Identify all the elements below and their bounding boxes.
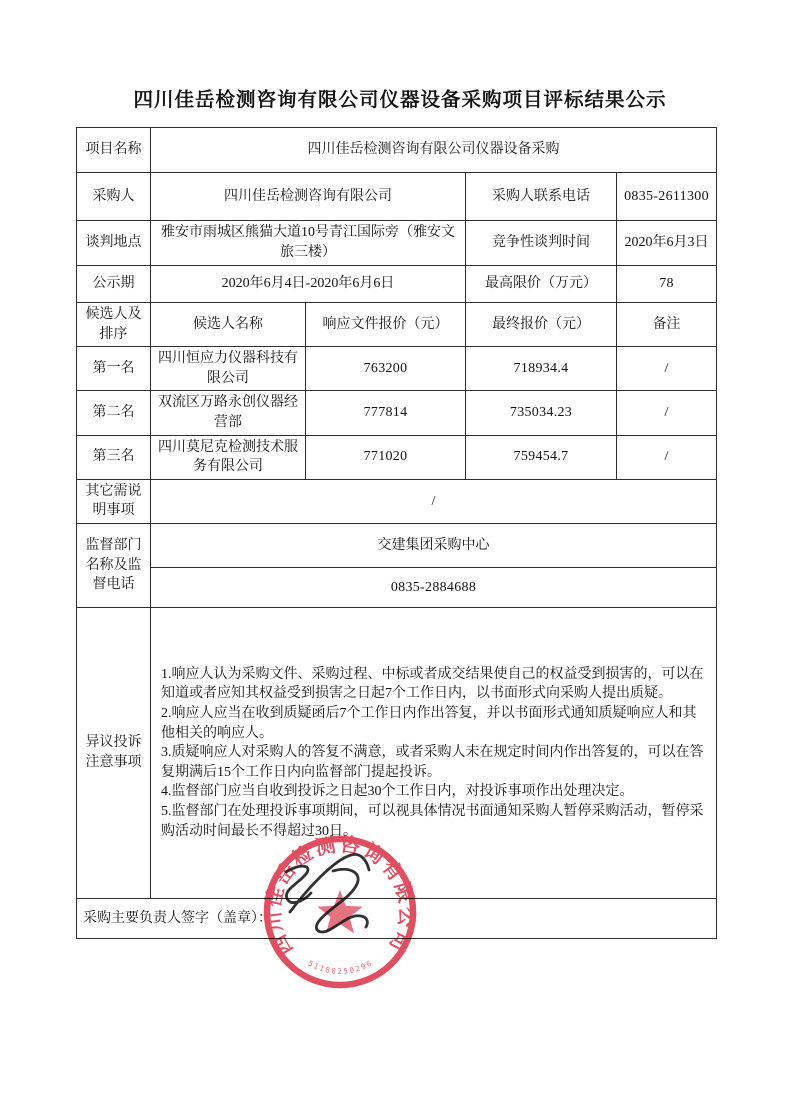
candidate-doc-price: 771020 (306, 435, 466, 479)
buyer-value: 四川佳岳检测咨询有限公司 (151, 173, 466, 221)
buyer-phone-label: 采购人联系电话 (466, 173, 617, 221)
bid-result-table: 项目名称 四川佳岳检测咨询有限公司仪器设备采购 采购人 四川佳岳检测咨询有限公司… (76, 127, 717, 939)
remark-column-header: 备注 (617, 303, 717, 347)
venue-label: 谈判地点 (77, 221, 151, 266)
venue-value: 雅安市雨城区熊猫大道10号青江国际旁（雅安文旅三楼） (151, 221, 466, 266)
signature-row: 采购主要负责人签字（盖章）： (77, 898, 717, 938)
publicity-period-label: 公示期 (77, 266, 151, 303)
candidate-name: 双流区万路永创仪器经营部 (151, 391, 306, 435)
table-row: 其它需说明事项 / (77, 479, 717, 523)
rank-column-header: 候选人及排序 (77, 303, 151, 347)
candidate-final-price: 735034.23 (466, 391, 617, 435)
candidate-row: 第一名 四川恒应力仪器科技有限公司 763200 718934.4 / (77, 347, 717, 391)
candidate-doc-price: 777814 (306, 391, 466, 435)
candidate-final-price: 718934.4 (466, 347, 617, 391)
candidate-rank: 第二名 (77, 391, 151, 435)
objection-notes-cell: 1.响应人认为采购文件、采购过程、中标或者成交结果使自己的权益受到损害的，可以在… (151, 607, 717, 898)
max-price-value: 78 (617, 266, 717, 303)
objection-line-1: 1.响应人认为采购文件、采购过程、中标或者成交结果使自己的权益受到损害的，可以在… (161, 665, 706, 704)
objection-line-3: 3.质疑响应人对采购人的答复不满意，或者采购人未在规定时间内作出答复的，可以在答… (161, 743, 706, 782)
table-row: 项目名称 四川佳岳检测咨询有限公司仪器设备采购 (77, 128, 717, 173)
candidate-rank: 第三名 (77, 435, 151, 479)
candidate-final-price: 759454.7 (466, 435, 617, 479)
table-row: 0835-2884688 (77, 567, 717, 607)
publicity-period-value: 2020年6月4日-2020年6月6日 (151, 266, 466, 303)
final-price-column-header: 最终报价（元） (466, 303, 617, 347)
buyer-label: 采购人 (77, 173, 151, 221)
scanned-document-page: 四川佳岳检测咨询有限公司仪器设备采购项目评标结果公示 项目名称 四川佳岳检测咨询… (0, 0, 800, 1118)
signature-label: 采购主要负责人签字（盖章）： (77, 898, 717, 938)
candidate-row: 第二名 双流区万路永创仪器经营部 777814 735034.23 / (77, 391, 717, 435)
supervision-phone-value: 0835-2884688 (151, 567, 717, 607)
project-name-value: 四川佳岳检测咨询有限公司仪器设备采购 (151, 128, 717, 173)
table-row: 监督部门名称及监督电话 交建集团采购中心 (77, 523, 717, 567)
objection-line-2: 2.响应人应当在收到质疑函后7个工作日内作出答复，并以书面形式通知质疑响应人和其… (161, 704, 706, 743)
table-row: 采购人 四川佳岳检测咨询有限公司 采购人联系电话 0835-2611300 (77, 173, 717, 221)
other-notes-label: 其它需说明事项 (77, 479, 151, 523)
candidate-remark: / (617, 435, 717, 479)
objection-line-4: 4.监督部门应当自收到投诉之日起30个工作日内，对投诉事项作出处理决定。 (161, 782, 706, 802)
objection-label: 异议投诉注意事项 (77, 607, 151, 898)
buyer-phone-value: 0835-2611300 (617, 173, 717, 221)
candidate-name: 四川恒应力仪器科技有限公司 (151, 347, 306, 391)
doc-price-column-header: 响应文件报价（元） (306, 303, 466, 347)
negotiation-time-label: 竞争性谈判时间 (466, 221, 617, 266)
other-notes-value: / (151, 479, 717, 523)
supervision-name-value: 交建集团采购中心 (151, 523, 717, 567)
table-row: 公示期 2020年6月4日-2020年6月6日 最高限价（万元） 78 (77, 266, 717, 303)
candidate-remark: / (617, 391, 717, 435)
max-price-label: 最高限价（万元） (466, 266, 617, 303)
candidate-remark: / (617, 347, 717, 391)
candidate-row: 第三名 四川莫尼克检测技术服务有限公司 771020 759454.7 / (77, 435, 717, 479)
objection-row: 异议投诉注意事项 1.响应人认为采购文件、采购过程、中标或者成交结果使自己的权益… (77, 607, 717, 898)
candidates-header-row: 候选人及排序 候选人名称 响应文件报价（元） 最终报价（元） 备注 (77, 303, 717, 347)
name-column-header: 候选人名称 (151, 303, 306, 347)
objection-line-5: 5.监督部门在处理投诉事项期间，可以视具体情况书面通知采购人暂停采购活动，暂停采… (161, 802, 706, 841)
supervision-label: 监督部门名称及监督电话 (77, 523, 151, 607)
candidate-doc-price: 763200 (306, 347, 466, 391)
candidate-rank: 第一名 (77, 347, 151, 391)
table-row: 谈判地点 雅安市雨城区熊猫大道10号青江国际旁（雅安文旅三楼） 竞争性谈判时间 … (77, 221, 717, 266)
negotiation-time-value: 2020年6月3日 (617, 221, 717, 266)
candidate-name: 四川莫尼克检测技术服务有限公司 (151, 435, 306, 479)
project-name-label: 项目名称 (77, 128, 151, 173)
page-title: 四川佳岳检测咨询有限公司仪器设备采购项目评标结果公示 (0, 84, 800, 112)
